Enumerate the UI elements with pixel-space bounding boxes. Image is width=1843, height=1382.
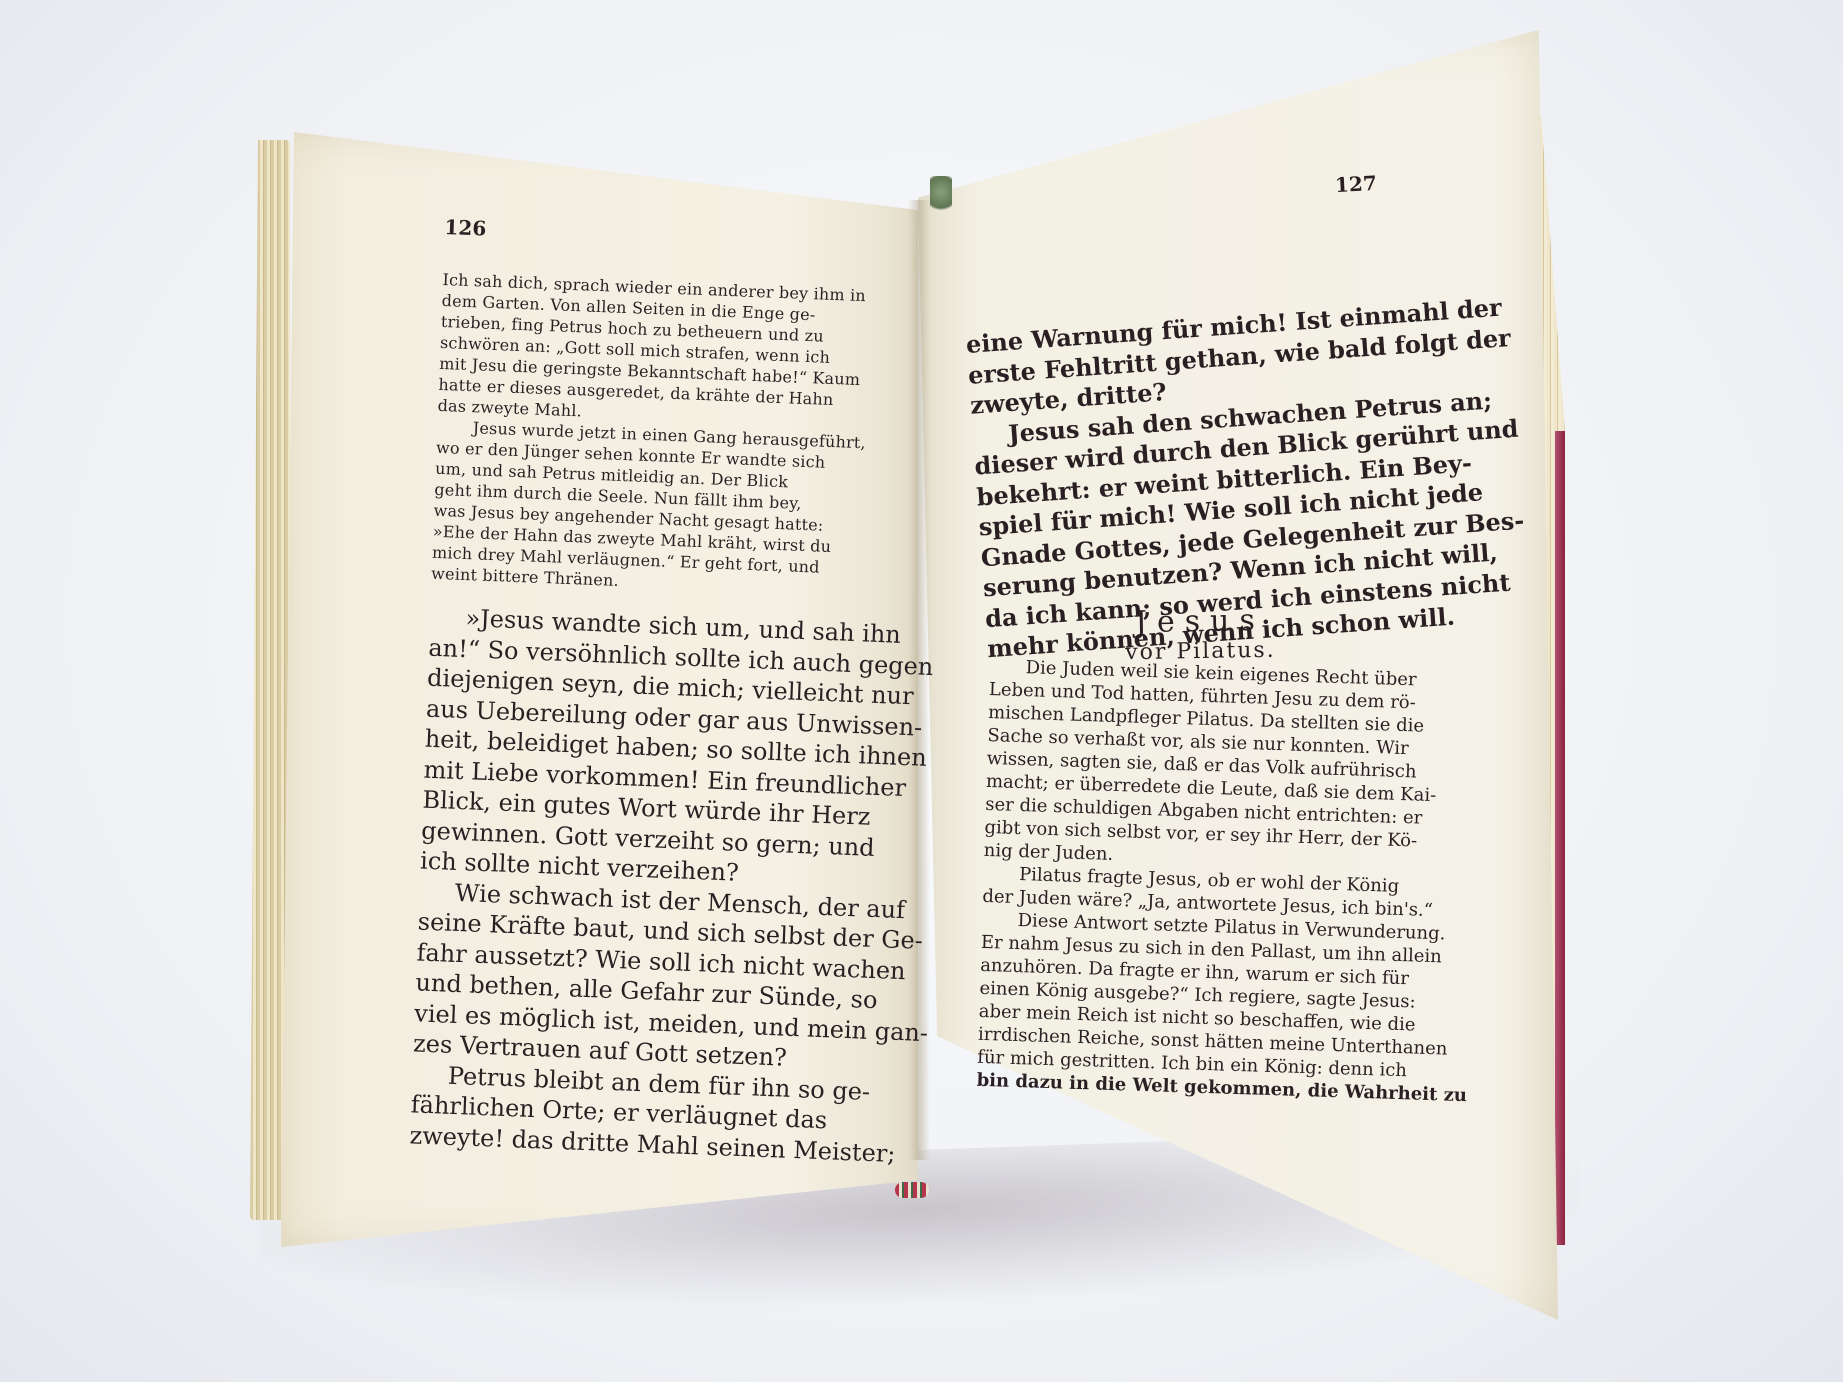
left-paragraph-5: Petrus bleibt an dem für ihn so ge- fähr… [409,1059,842,1167]
left-paragraph-4: Wie schwach ist der Mensch, der auf sein… [413,876,850,1075]
left-paragraph-1: Ich sah dich, sprach wieder ein anderer … [437,269,872,432]
page-number-right: 127 [1334,171,1377,197]
red-cover-edge [1555,431,1565,1245]
headband-bottom [895,1182,929,1198]
left-page-text: 126 Ich sah dich, sprach wieder ein ande… [409,215,875,1167]
right-paragraph-3: Die Juden weil sie kein eigenes Recht üb… [983,655,1409,875]
right-paragraph-5: Diese Antwort setzte Pilatus in Verwunde… [976,908,1402,1105]
photo-scene: 126 Ich sah dich, sprach wieder ein ande… [0,0,1843,1382]
right-page-lower-text: Die Juden weil sie kein eigenes Recht üb… [976,655,1410,1105]
headband-top [930,176,952,216]
left-paragraph-2: Jesus wurde jetzt in einen Gang herausge… [431,416,867,600]
left-paragraph-3: »Jesus wandte sich um, und sah ihn an!“ … [420,602,860,893]
